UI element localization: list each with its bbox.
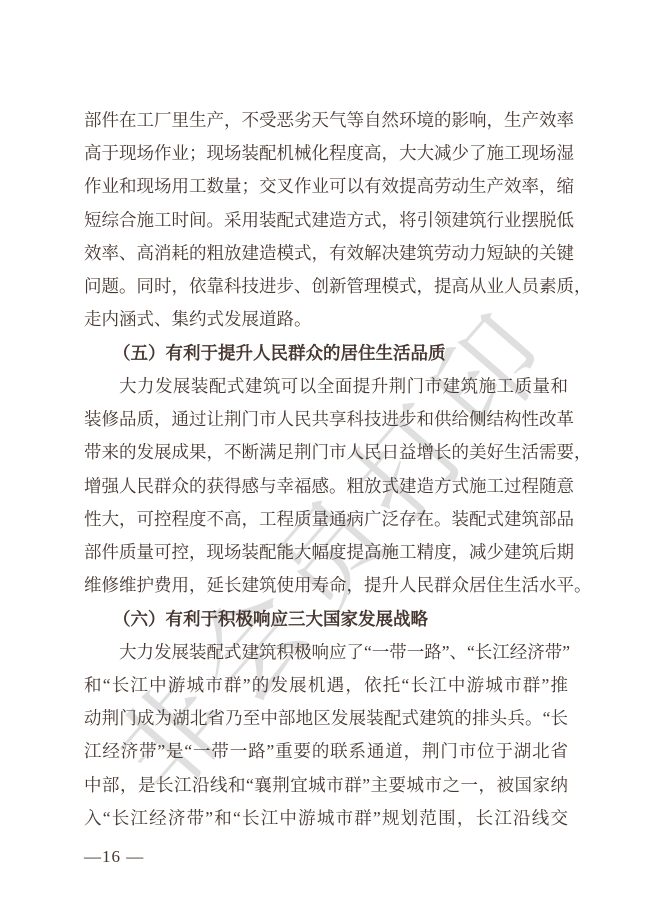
body-line: 维修维护费用，延长建筑使用寿命，提升人民群众居住生活水平。 [84,569,568,602]
body-line: 江经济带”是“一带一路”重要的联系通道，荆门市位于湖北省 [84,735,568,768]
body-line: 短综合施工时间。采用装配式建造方式，将引领建筑行业摆脱低 [84,204,568,237]
body-line: 走内涵式、集约式发展道路。 [84,303,568,336]
body-line: 和“长江中游城市群”的发展机遇，依托“长江中游城市群”推 [84,669,568,702]
body-line: 效率、高消耗的粗放建造模式，有效解决建筑劳动力短缺的关键 [84,237,568,270]
body-line: 中部，是长江沿线和“襄荆宜城市群”主要城市之一，被国家纳 [84,769,568,802]
document-page: 非会员打印 部件在工厂里生产，不受恶劣天气等自然环境的影响，生产效率 高于现场作… [0,0,650,919]
section-heading-5: （五）有利于提升人民群众的居住生活品质 [84,337,568,370]
section-heading-6: （六）有利于积极响应三大国家发展战略 [84,603,568,636]
body-line: 问题。同时，依靠科技进步、创新管理模式，提高从业人员素质， [84,270,568,303]
body-line: 部件质量可控，现场装配能大幅度提高施工精度，减少建筑后期 [84,536,568,569]
body-line: 带来的发展成果，不断满足荆门市人民日益增长的美好生活需要， [84,436,568,469]
body-line: 部件在工厂里生产，不受恶劣天气等自然环境的影响，生产效率 [84,104,568,137]
body-line: 高于现场作业；现场装配机械化程度高，大大减少了施工现场湿 [84,137,568,170]
body-line: 增强人民群众的获得感与幸福感。粗放式建造方式施工过程随意 [84,470,568,503]
document-body: 部件在工厂里生产，不受恶劣天气等自然环境的影响，生产效率 高于现场作业；现场装配… [84,104,568,835]
body-line: 大力发展装配式建筑可以全面提升荆门市建筑施工质量和 [84,370,568,403]
body-line: 入“长江经济带”和“长江中游城市群”规划范围，长江沿线交 [84,802,568,835]
body-line: 动荆门成为湖北省乃至中部地区发展装配式建筑的排头兵。“长 [84,702,568,735]
body-line: 大力发展装配式建筑积极响应了“一带一路”、“长江经济带” [84,636,568,669]
page-number: —16 — [84,845,144,869]
body-line: 作业和现场用工数量；交叉作业可以有效提高劳动生产效率，缩 [84,170,568,203]
body-line: 装修品质，通过让荆门市人民共享科技进步和供给侧结构性改革 [84,403,568,436]
body-line: 性大，可控程度不高，工程质量通病广泛存在。装配式建筑部品 [84,503,568,536]
